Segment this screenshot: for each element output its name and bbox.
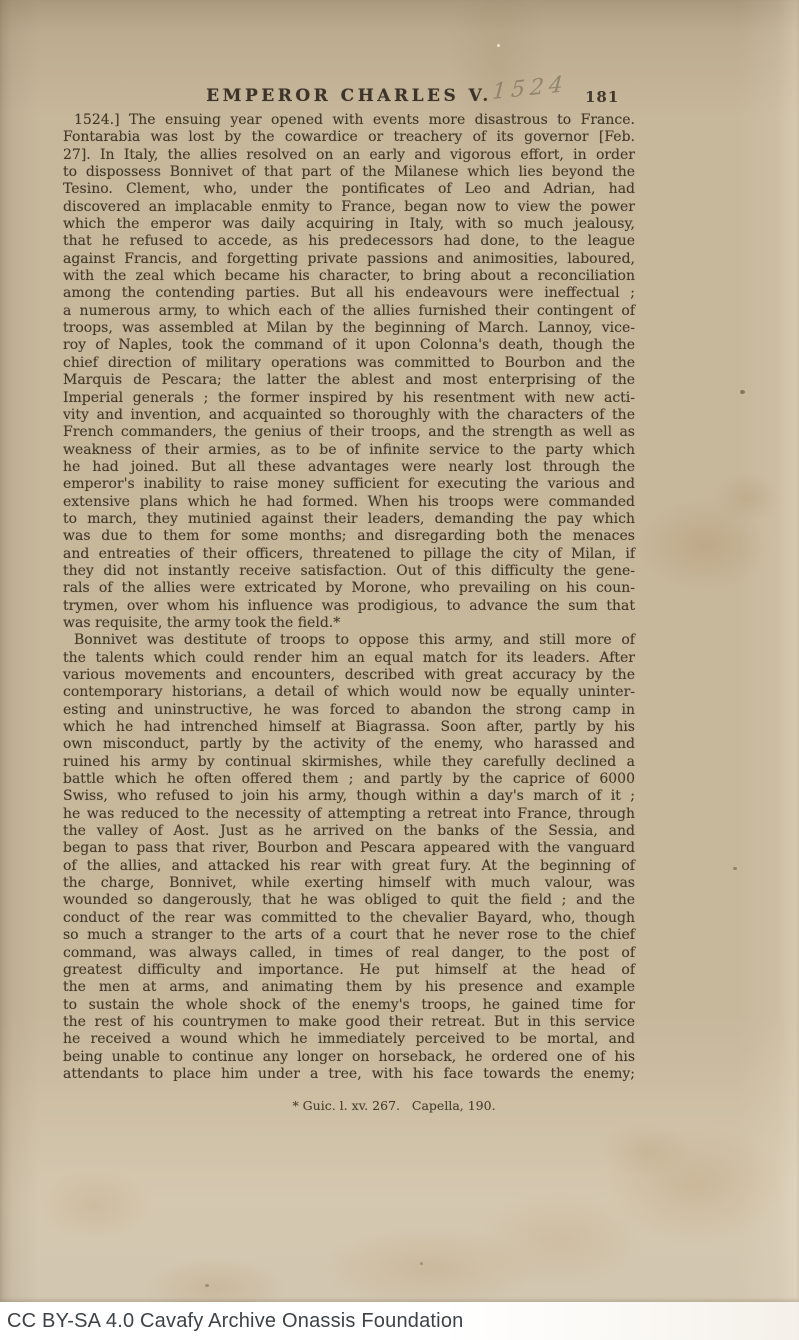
text-line: Fontarabia was lost by the cowardice or … — [63, 129, 635, 146]
text-line: troops, was assembled at Milan by the be… — [63, 320, 635, 337]
text-line: began to pass that river, Bourbon and Pe… — [63, 840, 635, 857]
attribution-bar: CC BY-SA 4.0 Cavafy Archive Onassis Foun… — [0, 1302, 799, 1340]
paper-fleck — [497, 44, 500, 47]
text-line: he had joined. But all these advantages … — [63, 459, 635, 476]
paper-fleck — [420, 1262, 423, 1265]
text-line: weakness of their armies, as to be of in… — [63, 442, 635, 459]
text-line: command, was always called, in times of … — [63, 945, 635, 962]
text-line: to dispossess Bonnivet of that part of t… — [63, 164, 635, 181]
text-line: contemporary historians, a detail of whi… — [63, 684, 635, 701]
page-number: 181 — [585, 88, 619, 106]
text-line: which he had intrenched himself at Biagr… — [63, 719, 635, 736]
paper-fleck — [733, 867, 737, 870]
text-line: the valley of Aost. Just as he arrived o… — [63, 823, 635, 840]
text-line: conduct of the rear was committed to the… — [63, 910, 635, 927]
license-text: CC BY-SA 4.0 Cavafy Archive Onassis Foun… — [0, 1310, 463, 1333]
scanned-page: 1524 EMPEROR CHARLES V. 181 1524.] The e… — [0, 0, 799, 1302]
text-line: the rest of his countrymen to make good … — [63, 1014, 635, 1031]
text-line: battle which he often offered them ; and… — [63, 771, 635, 788]
text-line: was requisite, the army took the field.* — [63, 615, 635, 632]
text-line: he was reduced to the necessity of attem… — [63, 806, 635, 823]
text-line: ruined his army by continual skirmishes,… — [63, 754, 635, 771]
text-line: discovered an implacable enmity to Franc… — [63, 199, 635, 216]
text-line: attendants to place him under a tree, wi… — [63, 1066, 635, 1083]
text-line: greatest difficulty and importance. He p… — [63, 962, 635, 979]
text-line: French commanders, the genius of their t… — [63, 424, 635, 441]
text-line: Bonnivet was destitute of troops to oppo… — [63, 632, 635, 649]
text-line: Marquis de Pescara; the latter the ables… — [63, 372, 635, 389]
paper-fleck — [740, 390, 745, 394]
text-line: extensive plans which he had formed. Whe… — [63, 494, 635, 511]
text-line: among the contending parties. But all hi… — [63, 285, 635, 302]
text-line: trymen, over whom his influence was prod… — [63, 598, 635, 615]
body-text: 1524.] The ensuing year opened with even… — [63, 112, 635, 1083]
text-line: being unable to continue any longer on h… — [63, 1049, 635, 1066]
paper-fleck — [205, 1284, 209, 1287]
text-line: vity and invention, and acquainted so th… — [63, 407, 635, 424]
text-line: of the allies, and attacked his rear wit… — [63, 858, 635, 875]
text-line: so much a stranger to the arts of a cour… — [63, 927, 635, 944]
text-line: against Francis, and forgetting private … — [63, 251, 635, 268]
text-line: a numerous army, to which each of the al… — [63, 303, 635, 320]
text-line: own misconduct, partly by the activity o… — [63, 736, 635, 753]
text-line: to sustain the whole shock of the enemy'… — [63, 997, 635, 1014]
text-line: Imperial generals ; the former inspired … — [63, 390, 635, 407]
text-line: with the zeal which became his character… — [63, 268, 635, 285]
text-line: Tesino. Clement, who, under the pontific… — [63, 181, 635, 198]
text-line: which the emperor was daily acquiring in… — [63, 216, 635, 233]
running-header: EMPEROR CHARLES V. — [63, 86, 635, 106]
text-line: the talents which could render him an eq… — [63, 650, 635, 667]
text-line: he received a wound which he immediately… — [63, 1031, 635, 1048]
text-line: that he refused to accede, as his predec… — [63, 233, 635, 250]
text-line: roy of Naples, took the command of it up… — [63, 337, 635, 354]
text-line: emperor's inability to raise money suffi… — [63, 476, 635, 493]
text-line: the charge, Bonnivet, while exerting him… — [63, 875, 635, 892]
text-line: chief direction of military operations w… — [63, 355, 635, 372]
text-line: was due to them for some months; and dis… — [63, 528, 635, 545]
text-line: the men at arms, and animating them by h… — [63, 979, 635, 996]
text-line: to march, they mutinied against their le… — [63, 511, 635, 528]
text-line: various movements and encounters, descri… — [63, 667, 635, 684]
text-line: and entreaties of their officers, threat… — [63, 546, 635, 563]
text-line: esting and uninstructive, he was forced … — [63, 702, 635, 719]
text-line: they did not instantly receive satisfact… — [63, 563, 635, 580]
text-line: rals of the allies were extricated by Mo… — [63, 580, 635, 597]
text-line: wounded so dangerously, that he was obli… — [63, 892, 635, 909]
footnote: * Guic. l. xv. 267. Capella, 190. — [63, 1098, 680, 1113]
text-line: 1524.] The ensuing year opened with even… — [63, 112, 635, 129]
text-line: 27]. In Italy, the allies resolved on an… — [63, 147, 635, 164]
text-line: Swiss, who refused to join his army, tho… — [63, 788, 635, 805]
